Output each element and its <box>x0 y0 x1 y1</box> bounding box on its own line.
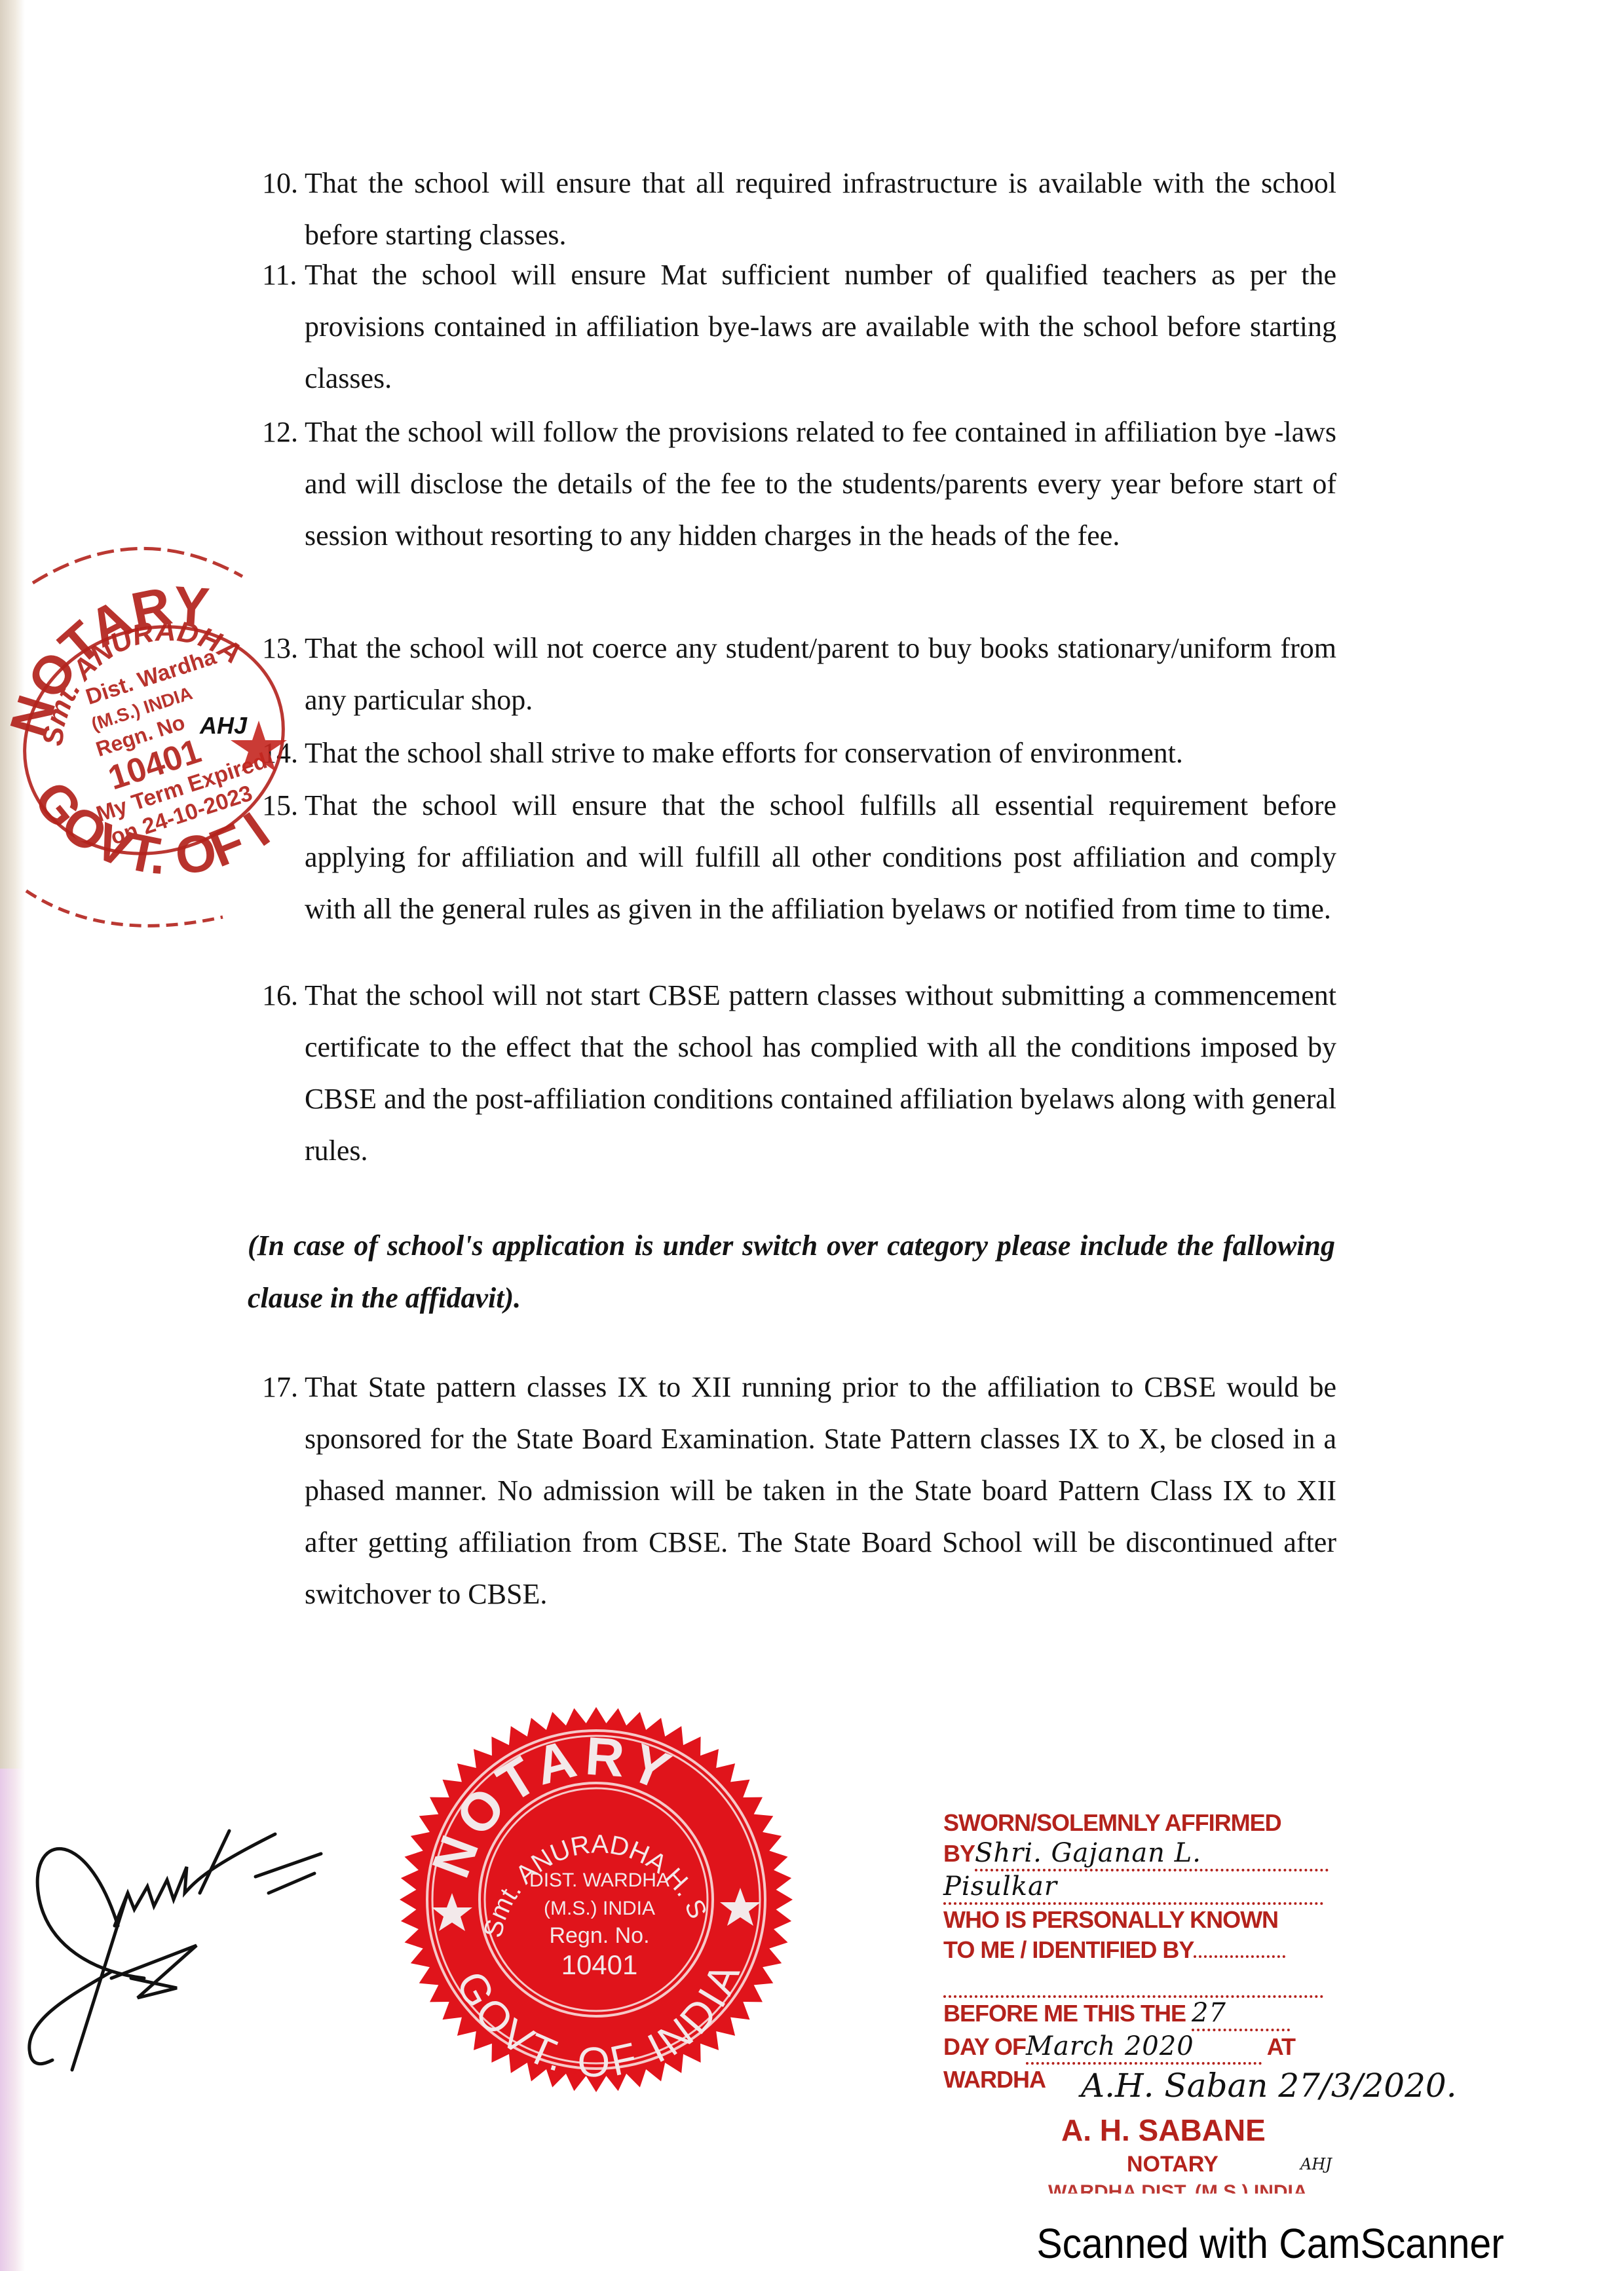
clause-15: 15.That the school will ensure that the … <box>262 779 1336 935</box>
notary-red-seal: NOTARY Smt. ANURADHA H. SABANE GOVT. OF … <box>367 1697 819 2096</box>
clause-10: 10.That the school will ensure that all … <box>262 157 1336 261</box>
notary-initials: AHJ <box>1300 2155 1332 2173</box>
clause-number: 17. <box>262 1361 298 1413</box>
notary-place: WARDHA DIST. (M.S.) INDIA <box>1048 2181 1308 2204</box>
svg-text:Regn. No.: Regn. No. <box>549 1923 649 1948</box>
clause-text: That the school will ensure that all req… <box>262 157 1336 261</box>
deponent-signature <box>13 1795 380 2096</box>
svg-text:10401: 10401 <box>561 1949 638 1980</box>
affirmation-stamp: SWORN/SOLEMNLY AFFIRMED BYShri. Gajanan … <box>943 1808 1336 2095</box>
clause-14: 14.That the school shall strive to make … <box>262 727 1336 779</box>
day-handwritten: 27 <box>1192 1998 1226 2028</box>
svg-text:(M.S.) INDIA: (M.S.) INDIA <box>544 1898 655 1919</box>
clause-text: That the school will ensure Mat sufficie… <box>262 249 1336 404</box>
notary-signature-handwritten: A.H. Saban 27/3/2020. <box>1081 2067 1457 2105</box>
notary-title: NOTARY <box>1127 2152 1218 2177</box>
clause-13: 13.That the school will not coerce any s… <box>262 622 1336 726</box>
clause-number: 16. <box>262 969 298 1021</box>
svg-text:DIST. WARDHA: DIST. WARDHA <box>529 1869 670 1891</box>
clause-number: 11. <box>262 249 297 301</box>
clause-text: That the school will not start CBSE patt… <box>262 969 1336 1176</box>
month-handwritten: March 2020 <box>1026 2031 1194 2061</box>
camscanner-watermark: Scanned with CamScanner <box>1032 2216 1509 2271</box>
switchover-note: (In case of school's application is unde… <box>248 1220 1335 1324</box>
notary-name: A. H. SABANE <box>1061 2112 1266 2148</box>
clause-text: That State pattern classes IX to XII run… <box>262 1361 1336 1620</box>
clause-12: 12.That the school will follow the provi… <box>262 406 1336 561</box>
deponent-name-handwritten: Shri. Gajanan L. <box>975 1838 1201 1868</box>
clause-number: 12. <box>262 406 298 458</box>
clause-11: 11.That the school will ensure Mat suffi… <box>262 249 1336 404</box>
clause-text: That the school will ensure that the sch… <box>262 779 1336 935</box>
clause-text: That the school shall strive to make eff… <box>262 727 1336 779</box>
clause-16: 16.That the school will not start CBSE p… <box>262 969 1336 1176</box>
clause-number: 10. <box>262 157 298 209</box>
clause-text: That the school will not coerce any stud… <box>262 622 1336 726</box>
clause-text: That the school will follow the provisio… <box>262 406 1336 561</box>
clause-17: 17. That State pattern classes IX to XII… <box>262 1361 1336 1620</box>
notary-rubber-stamp: NOTARY Smt. ANURADHA H. SABANE GOVT. OF … <box>7 524 308 930</box>
svg-text:AHJ: AHJ <box>199 712 248 739</box>
